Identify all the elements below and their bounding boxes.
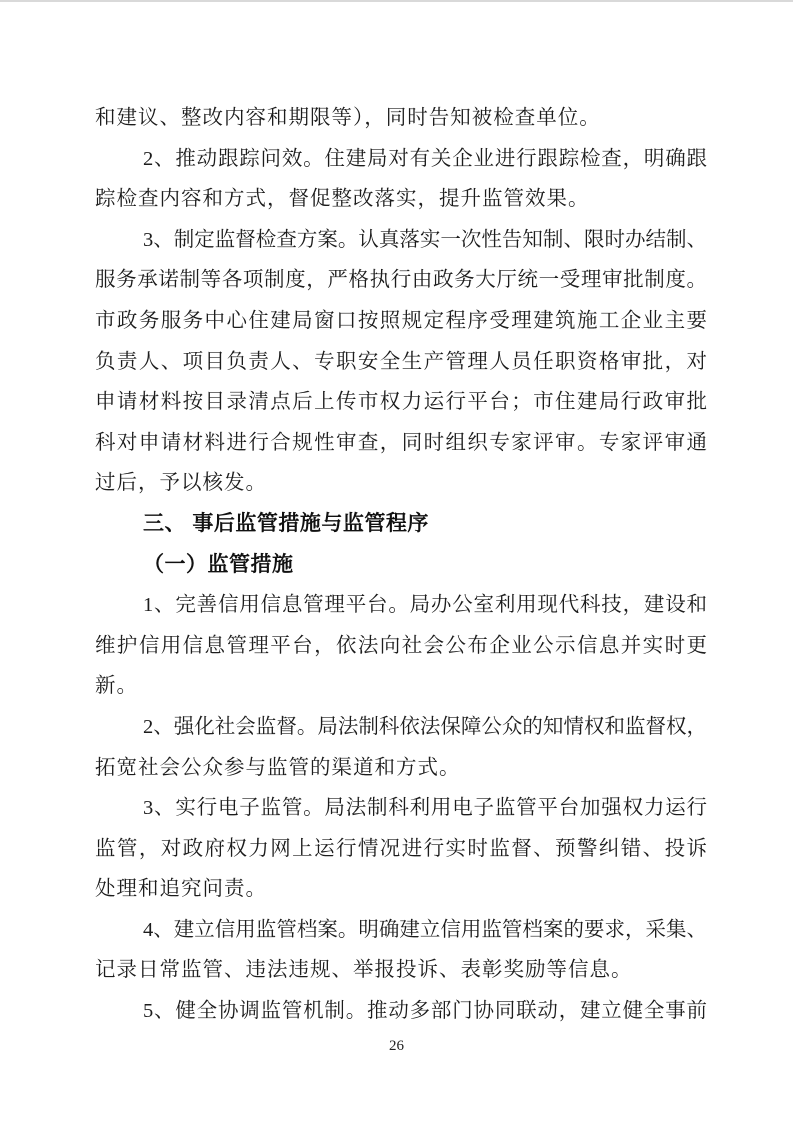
subsection-heading: （一）监管措施 (95, 545, 707, 586)
text-line: 维护信用信息管理平台，依法向社会公布企业公示信息并实时更 (95, 626, 707, 667)
text-line: 科对申请材料进行合规性审查，同时组织专家评审。专家评审通 (95, 423, 707, 464)
text-line: 记录日常监管、违法违规、举报投诉、表彰奖励等信息。 (95, 950, 707, 991)
text-line: 监管，对政府权力网上运行情况进行实时监督、预警纠错、投诉 (95, 829, 707, 870)
text-line: 1、完善信用信息管理平台。局办公室利用现代科技，建设和 (95, 585, 707, 626)
section-heading: 三、 事后监管措施与监管程序 (95, 504, 707, 545)
text-line: 4、建立信用监管档案。明确建立信用监管档案的要求，采集、 (95, 910, 707, 951)
text-line: 新。 (95, 666, 707, 707)
text-line: 2、推动跟踪问效。住建局对有关企业进行跟踪检查，明确跟 (95, 139, 707, 180)
text-line: 3、实行电子监管。局法制科利用电子监管平台加强权力运行 (95, 788, 707, 829)
text-line: 服务承诺制等各项制度，严格执行由政务大厅统一受理审批制度。 (95, 260, 707, 301)
text-line: 5、健全协调监管机制。推动多部门协同联动，建立健全事前 (95, 991, 707, 1032)
text-line: 市政务服务中心住建局窗口按照规定程序受理建筑施工企业主要 (95, 301, 707, 342)
text-line: 3、制定监督检查方案。认真落实一次性告知制、限时办结制、 (95, 220, 707, 261)
text-line: 负责人、项目负责人、专职安全生产管理人员任职资格审批，对 (95, 342, 707, 383)
text-line: 处理和追究问责。 (95, 869, 707, 910)
text-line: 拓宽社会公众参与监管的渠道和方式。 (95, 748, 707, 789)
text-line: 申请材料按目录清点后上传市权力运行平台；市住建局行政审批 (95, 382, 707, 423)
text-line: 过后，予以核发。 (95, 463, 707, 504)
document-body: 和建议、整改内容和期限等），同时告知被检查单位。 2、推动跟踪问效。住建局对有关… (95, 98, 707, 1032)
text-line: 2、强化社会监督。局法制科依法保障公众的知情权和监督权， (95, 707, 707, 748)
document-page: 和建议、整改内容和期限等），同时告知被检查单位。 2、推动跟踪问效。住建局对有关… (0, 0, 793, 1122)
text-line: 和建议、整改内容和期限等），同时告知被检查单位。 (95, 98, 707, 139)
text-line: 踪检查内容和方式，督促整改落实，提升监管效果。 (95, 179, 707, 220)
page-number: 26 (0, 1038, 793, 1055)
